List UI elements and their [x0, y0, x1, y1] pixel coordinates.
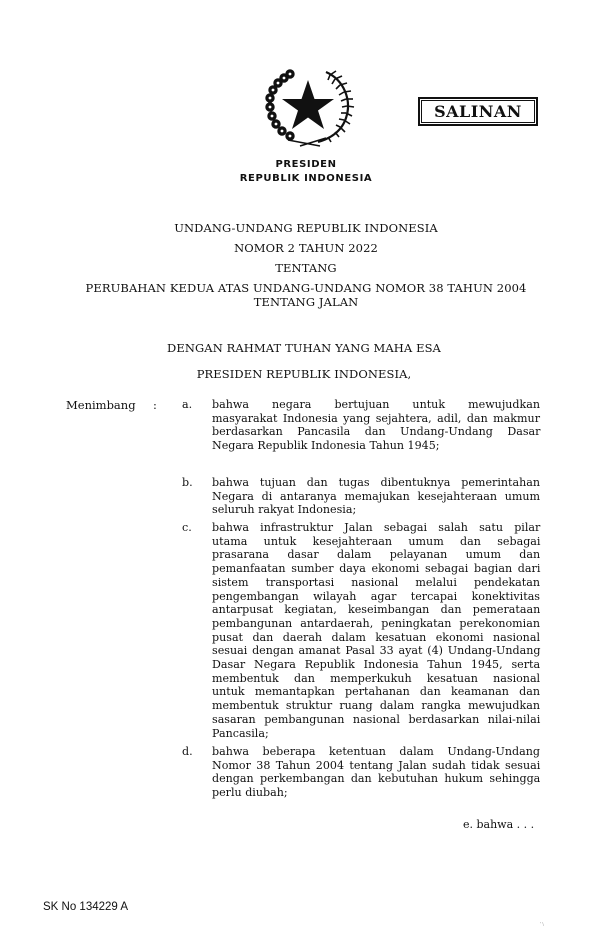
item-marker: a. — [182, 398, 192, 411]
law-subject: PERUBAHAN KEDUA ATAS UNDANG-UNDANG NOMOR… — [0, 281, 612, 295]
text-line: pemanfaatan sumber daya ekonomi sebagai … — [212, 562, 540, 576]
issuer: PRESIDEN REPUBLIK INDONESIA, — [0, 367, 610, 381]
salinan-label: SALINAN — [434, 102, 522, 121]
item-marker: b. — [182, 476, 193, 489]
text-line: prasarana dasar dalam pelayanan umum dan — [212, 548, 540, 562]
law-subject-continued: TENTANG JALAN — [0, 295, 612, 309]
preamble: DENGAN RAHMAT TUHAN YANG MAHA ESA — [0, 341, 610, 355]
office-title-republic: REPUBLIK INDONESIA — [0, 173, 612, 184]
item-text: bahwa negara bertujuan untuk mewujudkan … — [212, 398, 540, 453]
considerations-colon: : — [153, 398, 157, 412]
law-about: TENTANG — [0, 261, 612, 275]
text-line: bahwa beberapa ketentuan dalam Undang-Un… — [212, 745, 540, 759]
text-line: masyarakat Indonesia yang sejahtera, adi… — [212, 412, 540, 426]
item-text: bahwa tujuan dan tugas dibentuknya pemer… — [212, 476, 540, 517]
law-number: NOMOR 2 TAHUN 2022 — [0, 241, 612, 255]
text-line: Nomor 38 Tahun 2004 tentang Jalan sudah … — [212, 759, 540, 773]
corner-mark: ' \ — [540, 922, 544, 928]
text-line: Pancasila; — [212, 727, 540, 741]
text-line: perlu diubah; — [212, 786, 540, 800]
considerations-label: Menimbang — [66, 398, 136, 412]
text-line: sasaran pembangunan nasional berdasarkan… — [212, 713, 540, 727]
text-line: membentuk struktur ruang dalam rangka me… — [212, 699, 540, 713]
item-marker: c. — [182, 521, 192, 534]
text-line: utama untuk kesejahteraan umum dan sebag… — [212, 535, 540, 549]
item-text: bahwa infrastruktur Jalan sebagai salah … — [212, 521, 540, 740]
text-line: pengembangan wilayah agar tercapai konek… — [212, 590, 540, 604]
text-line: dengan perkembangan dan kebutuhan hukum … — [212, 772, 540, 786]
text-line: bahwa infrastruktur Jalan sebagai salah … — [212, 521, 540, 535]
text-line: Negara Republik Indonesia Tahun 1945; — [212, 439, 540, 453]
text-line: pembangunan antardaerah, peningkatan per… — [212, 617, 540, 631]
continuation-catchword: e. bahwa . . . — [463, 818, 534, 831]
text-line: antarpusat kegiatan, keseimbangan dan pe… — [212, 603, 540, 617]
office-title-president: PRESIDEN — [0, 159, 612, 170]
text-line: untuk memantapkan pertahanan dan keamana… — [212, 685, 540, 699]
text-line: Dasar Negara Republik Indonesia Tahun 19… — [212, 658, 540, 672]
item-marker: d. — [182, 745, 193, 758]
law-title: UNDANG-UNDANG REPUBLIK INDONESIA — [0, 221, 612, 235]
text-line: pusat dan daerah dalam kesatuan ekonomi … — [212, 631, 540, 645]
garuda-star-emblem-icon — [260, 66, 356, 148]
item-text: bahwa beberapa ketentuan dalam Undang-Un… — [212, 745, 540, 800]
text-line: bahwa negara bertujuan untuk mewujudkan — [212, 398, 540, 412]
text-line: Negara di antaranya memajukan kesejahter… — [212, 490, 540, 504]
text-line: sistem transportasi nasional melalui pen… — [212, 576, 540, 590]
text-line: seluruh rakyat Indonesia; — [212, 503, 540, 517]
document-code: SK No 134229 A — [43, 901, 128, 913]
text-line: bahwa tujuan dan tugas dibentuknya pemer… — [212, 476, 540, 490]
text-line: membentuk dan memperkukuh kesatuan nasio… — [212, 672, 540, 686]
text-line: sesuai dengan amanat Pasal 33 ayat (4) U… — [212, 644, 540, 658]
salinan-stamp: SALINAN — [418, 97, 538, 126]
text-line: berdasarkan Pancasila dan Undang-Undang … — [212, 425, 540, 439]
